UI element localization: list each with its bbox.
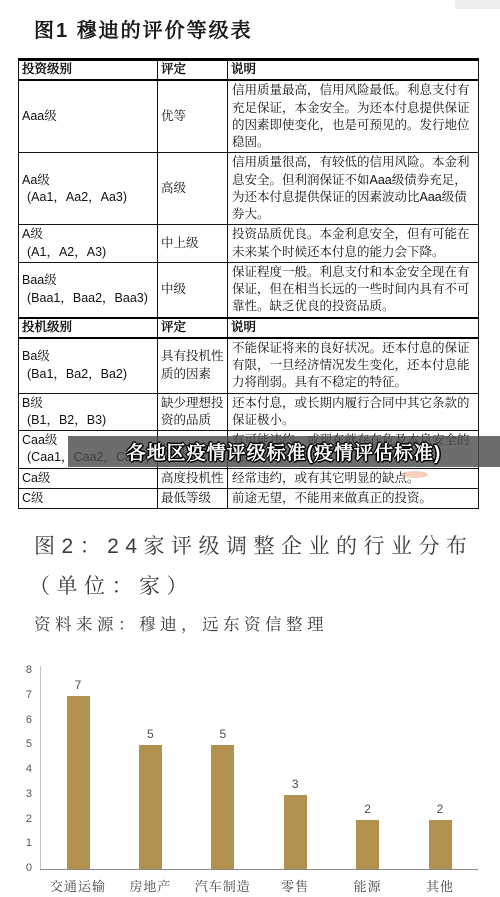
y-tick-label: 5 xyxy=(6,738,32,750)
grade-cell: Caa级(Caa1，Caa2，Caa3) xyxy=(19,431,158,469)
table-header-row: 投资级别评定说明 xyxy=(19,60,479,81)
x-category-label: 房地产 xyxy=(112,876,188,895)
table-row: Ba级(Ba1，Ba2，Ba2)具有投机性质的因素不能保证将来的良好状况。还本付… xyxy=(19,338,479,393)
scrollbar-smudge xyxy=(455,0,500,9)
table-row: Baa级(Baa1，Baa2，Baa3)中级保证程度一般。利息支付和本金安全现在… xyxy=(19,262,479,317)
table-header-row: 投机级别评定说明 xyxy=(19,318,479,338)
table-header-cell: 评定 xyxy=(158,318,228,338)
rating-cell: 优等 xyxy=(158,80,228,153)
grade-notches: (B1，B2，B3) xyxy=(22,412,154,429)
grade-notches: (Aa1，Aa2，Aa3) xyxy=(22,189,154,206)
industry-bar-chart: 0123456787交通运输5房地产5汽车制造3零售2能源2其他 xyxy=(0,650,500,897)
bar-value-label: 2 xyxy=(422,802,458,816)
grade-cell: Ba级(Ba1，Ba2，Ba2) xyxy=(19,338,158,393)
rating-cell: 高级 xyxy=(158,153,228,225)
bar-value-label: 5 xyxy=(132,727,168,741)
rating-table-body: 投资级别评定说明Aaa级优等信用质量最高，信用风险最低。利息支付有充足保证，本金… xyxy=(19,60,479,509)
grade-name: Ca级 xyxy=(22,471,50,485)
grade-cell: A级(A1，A2，A3) xyxy=(19,225,158,263)
x-axis-line xyxy=(40,869,478,870)
bar-value-label: 3 xyxy=(277,777,313,791)
article-page: { "figure1": { "title": "图1 穆迪的评价等级表", "… xyxy=(0,0,500,897)
x-category-label: 汽车制造 xyxy=(185,876,261,895)
bar-其他 xyxy=(429,820,452,870)
y-axis-line xyxy=(40,666,41,869)
bar-房地产 xyxy=(139,745,162,869)
rating-cell: 劣质债券 xyxy=(158,431,228,469)
grade-cell: Aa级(Aa1，Aa2，Aa3) xyxy=(19,153,158,225)
grade-cell: C级 xyxy=(19,488,158,508)
grade-name: C级 xyxy=(22,491,44,505)
description-cell: 保证程度一般。利息支付和本金安全现在有保证，但在相当长远的一些时间内具有不可靠性… xyxy=(228,262,479,317)
x-category-label: 交通运输 xyxy=(40,876,116,895)
grade-notches: (A1，A2，A3) xyxy=(22,244,154,261)
description-cell: 还本付息，或长期内履行合同中其它条款的保证极小。 xyxy=(228,393,479,431)
grade-name: Baa级 xyxy=(22,273,57,287)
grade-name: Ba级 xyxy=(22,349,50,363)
y-tick-label: 7 xyxy=(6,689,32,701)
rating-cell: 具有投机性质的因素 xyxy=(158,338,228,393)
grade-notches: (Baa1，Baa2，Baa3) xyxy=(22,290,154,307)
table-header-cell: 投机级别 xyxy=(19,318,158,338)
grade-notches: (Ba1，Ba2，Ba2) xyxy=(22,366,154,383)
description-cell: 不能保证将来的良好状况。还本付息的保证有限，一旦经济情况发生变化，还本付息能力将… xyxy=(228,338,479,393)
grade-cell: Aaa级 xyxy=(19,80,158,153)
grade-notches: (Caa1，Caa2，Caa3) xyxy=(22,449,154,466)
bar-value-label: 5 xyxy=(205,727,241,741)
y-tick-label: 0 xyxy=(6,862,32,874)
y-tick-label: 2 xyxy=(6,813,32,825)
rating-cell: 中上级 xyxy=(158,225,228,263)
rating-cell: 中级 xyxy=(158,262,228,317)
table-header-cell: 评定 xyxy=(158,60,228,81)
figure2-title-line2: （单位：家） xyxy=(29,570,194,600)
rating-cell: 缺少理想投资的品质 xyxy=(158,393,228,431)
y-tick-label: 6 xyxy=(6,714,32,726)
x-category-label: 能源 xyxy=(330,876,406,895)
grade-cell: Baa级(Baa1，Baa2，Baa3) xyxy=(19,262,158,317)
grade-cell: B级(B1，B2，B3) xyxy=(19,393,158,431)
grade-name: Aaa级 xyxy=(22,109,57,123)
table-row: B级(B1，B2，B3)缺少理想投资的品质还本付息，或长期内履行合同中其它条款的… xyxy=(19,393,479,431)
bar-汽车制造 xyxy=(211,745,234,869)
grade-name: A级 xyxy=(22,227,43,241)
moodys-rating-table: 投资级别评定说明Aaa级优等信用质量最高，信用风险最低。利息支付有充足保证，本金… xyxy=(18,58,479,509)
peach-arc-decoration xyxy=(402,471,428,478)
bar-能源 xyxy=(356,820,379,870)
grade-name: B级 xyxy=(22,396,43,410)
figure1-title: 图1 穆迪的评价等级表 xyxy=(34,14,253,43)
rating-cell: 高度投机性 xyxy=(158,468,228,488)
y-tick-label: 1 xyxy=(6,837,32,849)
x-category-label: 其他 xyxy=(402,876,478,895)
bar-交通运输 xyxy=(67,696,90,869)
figure2-title-line1: 图2：24家评级调整企业的行业分布 xyxy=(34,530,474,560)
table-row: Aa级(Aa1，Aa2，Aa3)高级信用质量很高，有较低的信用风险。本金利息安全… xyxy=(19,153,479,225)
description-cell: 信用质量很高，有较低的信用风险。本金利息安全。但利润保证不如Aaa级债券充足，为… xyxy=(228,153,479,225)
table-header-cell: 说明 xyxy=(228,60,479,81)
description-cell: 前途无望，不能用来做真正的投资。 xyxy=(228,488,479,508)
grade-cell: Ca级 xyxy=(19,468,158,488)
x-category-label: 零售 xyxy=(257,876,333,895)
y-tick-label: 4 xyxy=(6,763,32,775)
table-header-cell: 说明 xyxy=(228,318,479,338)
table-header-cell: 投资级别 xyxy=(19,60,158,81)
y-tick-label: 8 xyxy=(6,664,32,676)
grade-name: Caa级 xyxy=(22,433,57,447)
description-cell: 信用质量最高，信用风险最低。利息支付有充足保证，本金安全。为还本付息提供保证的因… xyxy=(228,80,479,153)
description-cell: 有可能违约，或现在就存在危及本息安全的因素。 xyxy=(228,431,479,469)
y-tick-label: 3 xyxy=(6,788,32,800)
table-row: Aaa级优等信用质量最高，信用风险最低。利息支付有充足保证，本金安全。为还本付息… xyxy=(19,80,479,153)
description-cell: 经常违约，或有其它明显的缺点。 xyxy=(228,468,479,488)
bar-零售 xyxy=(284,795,307,869)
bar-value-label: 7 xyxy=(60,678,96,692)
table-row: C级最低等级前途无望，不能用来做真正的投资。 xyxy=(19,488,479,508)
table-row: Caa级(Caa1，Caa2，Caa3)劣质债券有可能违约，或现在就存在危及本息… xyxy=(19,431,479,469)
bar-value-label: 2 xyxy=(350,802,386,816)
rating-cell: 最低等级 xyxy=(158,488,228,508)
grade-name: Aa级 xyxy=(22,173,50,187)
figure2-source: 资料来源：穆迪，远东资信整理 xyxy=(34,611,328,635)
table-row: A级(A1，A2，A3)中上级投资品质优良。本金利息安全，但有可能在未来某个时候… xyxy=(19,225,479,263)
description-cell: 投资品质优良。本金利息安全，但有可能在未来某个时候还本付息的能力会下降。 xyxy=(228,225,479,263)
